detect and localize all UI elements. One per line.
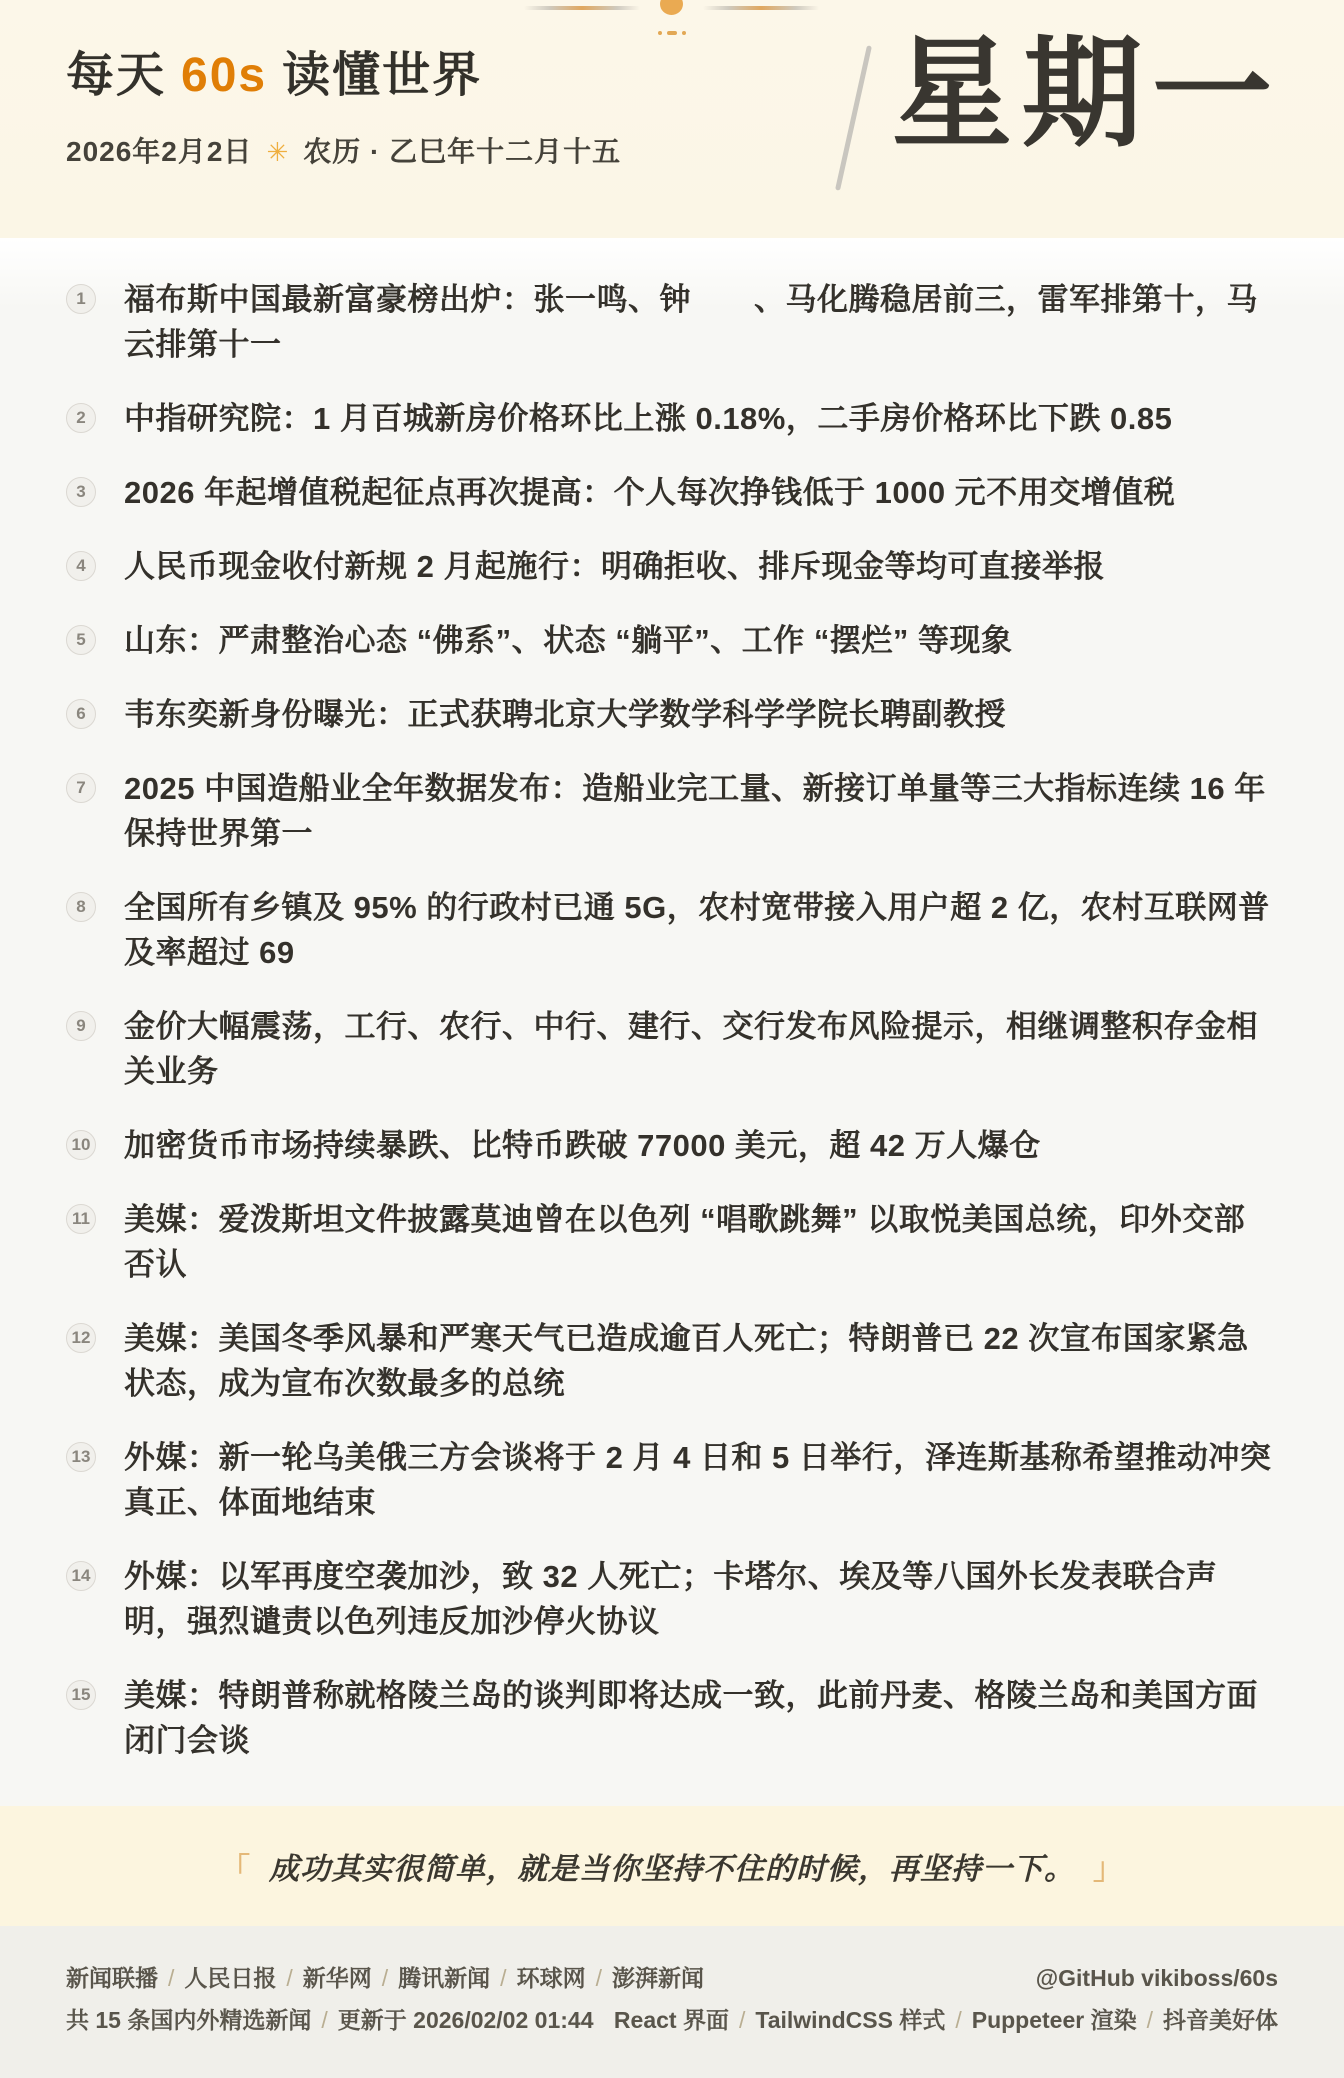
news-item-number: 1 xyxy=(66,284,96,314)
footer-list-item: 腾讯新闻 xyxy=(398,1965,490,1991)
header: 每天 60s 读懂世界 2026年2月2日 ✳ 农历 · 乙巳年十二月十五 星期… xyxy=(0,0,1344,238)
news-item-number: 3 xyxy=(66,477,96,507)
news-item-text: 2025 中国造船业全年数据发布：造船业完工量、新接订单量等三大指标连续 16 … xyxy=(124,766,1276,856)
news-item-number: 2 xyxy=(66,403,96,433)
news-item-number: 15 xyxy=(66,1680,96,1710)
title-suffix: 读懂世界 xyxy=(282,47,482,105)
gregorian-date: 2026年2月2日 xyxy=(66,135,252,169)
news-sources-list: 新闻联播/人民日报/新华网/腾讯新闻/环球网/澎湃新闻 xyxy=(66,1962,704,1994)
page-title: 每天 60s 读懂世界 xyxy=(66,47,621,105)
footer-list-item: 更新于 2026/02/02 01:44 xyxy=(338,2007,594,2033)
news-item: 9金价大幅震荡，工行、农行、中行、建行、交行发布风险提示，相继调整积存金相关业务 xyxy=(66,1004,1278,1094)
tech-stack-list: React 界面/TailwindCSS 样式/Puppeteer 渲染/抖音美… xyxy=(614,2004,1278,2036)
lunar-date: 农历 · 乙巳年十二月十五 xyxy=(303,135,621,169)
news-item-number: 14 xyxy=(66,1561,96,1591)
decorative-line-left xyxy=(524,6,640,10)
slash-divider xyxy=(835,45,872,191)
github-handle: @GitHub vikiboss/60s xyxy=(1036,1962,1278,1994)
news-item-text: 外媒：新一轮乌美俄三方会谈将于 2 月 4 日和 5 日举行，泽连斯基称希望推动… xyxy=(124,1435,1276,1525)
news-item: 14外媒：以军再度空袭加沙，致 32 人死亡；卡塔尔、埃及等八国外长发表联合声明… xyxy=(66,1554,1278,1644)
news-item: 1福布斯中国最新富豪榜出炉：张一鸣、钟 、马化腾稳居前三，雷军排第十，马云排第十… xyxy=(66,277,1278,367)
footer-list-item: Puppeteer 渲染 xyxy=(972,2007,1137,2033)
weekday-label: 星期一 xyxy=(892,18,1282,170)
news-item-number: 13 xyxy=(66,1442,96,1472)
news-item: 15美媒：特朗普称就格陵兰岛的谈判即将达成一致，此前丹麦、格陵兰岛和美国方面闭门… xyxy=(66,1673,1278,1763)
footer-list-item: TailwindCSS 样式 xyxy=(755,2007,945,2033)
footer: 新闻联播/人民日报/新华网/腾讯新闻/环球网/澎湃新闻 @GitHub viki… xyxy=(0,1926,1344,2078)
footer-row-1: 新闻联播/人民日报/新华网/腾讯新闻/环球网/澎湃新闻 @GitHub viki… xyxy=(66,1962,1278,1994)
quote-text: 成功其实很简单，就是当你坚持不住的时候，再坚持一下。 xyxy=(269,1844,1075,1888)
decorative-line-right xyxy=(703,6,819,10)
news-item: 10加密货币市场持续暴跌、比特币跌破 77000 美元，超 42 万人爆仓 xyxy=(66,1123,1278,1168)
news-item-text: 人民币现金收付新规 2 月起施行：明确拒收、排斥现金等均可直接举报 xyxy=(124,544,1276,589)
news-item-text: 中指研究院：1 月百城新房价格环比上涨 0.18%，二手房价格环比下跌 0.85 xyxy=(124,396,1276,441)
title-highlight: 60s xyxy=(181,47,267,105)
news-item: 8全国所有乡镇及 95% 的行政村已通 5G，农村宽带接入用户超 2 亿，农村互… xyxy=(66,885,1278,975)
news-list: 1福布斯中国最新富豪榜出炉：张一鸣、钟 、马化腾稳居前三，雷军排第十，马云排第十… xyxy=(66,277,1278,1763)
footer-list-item: 共 15 条国内外精选新闻 xyxy=(66,2007,311,2033)
decorative-circle xyxy=(660,0,683,15)
news-item-number: 8 xyxy=(66,892,96,922)
quote-open-bracket: 「 xyxy=(220,1844,251,1888)
news-meta-list: 共 15 条国内外精选新闻/更新于 2026/02/02 01:44 xyxy=(66,2004,593,2036)
page: 每天 60s 读懂世界 2026年2月2日 ✳ 农历 · 乙巳年十二月十五 星期… xyxy=(0,0,1344,2078)
news-item-text: 韦东奕新身份曝光：正式获聘北京大学数学科学学院长聘副教授 xyxy=(124,692,1276,737)
news-item-number: 12 xyxy=(66,1323,96,1353)
quote-close-bracket: 」 xyxy=(1093,1844,1124,1888)
news-item-text: 加密货币市场持续暴跌、比特币跌破 77000 美元，超 42 万人爆仓 xyxy=(124,1123,1276,1168)
news-item: 6韦东奕新身份曝光：正式获聘北京大学数学科学学院长聘副教授 xyxy=(66,692,1278,737)
news-item: 32026 年起增值税起征点再次提高：个人每次挣钱低于 1000 元不用交增值税 xyxy=(66,470,1278,515)
news-item: 5山东：严肃整治心态 “佛系”、状态 “躺平”、工作 “摆烂” 等现象 xyxy=(66,618,1278,663)
footer-list-item: 环球网 xyxy=(517,1965,586,1991)
news-item-number: 6 xyxy=(66,699,96,729)
news-item-text: 美媒：特朗普称就格陵兰岛的谈判即将达成一致，此前丹麦、格陵兰岛和美国方面闭门会谈 xyxy=(124,1673,1276,1763)
footer-list-item: React 界面 xyxy=(614,2007,729,2033)
dot-icon xyxy=(682,31,686,35)
news-item-text: 福布斯中国最新富豪榜出炉：张一鸣、钟 、马化腾稳居前三，雷军排第十，马云排第十一 xyxy=(124,277,1276,367)
news-item: 13外媒：新一轮乌美俄三方会谈将于 2 月 4 日和 5 日举行，泽连斯基称希望… xyxy=(66,1435,1278,1525)
dot-icon xyxy=(667,31,677,35)
news-item-number: 4 xyxy=(66,551,96,581)
quote-section: 「 成功其实很简单，就是当你坚持不住的时候，再坚持一下。 」 xyxy=(0,1806,1344,1926)
news-item-number: 7 xyxy=(66,773,96,803)
news-item-text: 金价大幅震荡，工行、农行、中行、建行、交行发布风险提示，相继调整积存金相关业务 xyxy=(124,1004,1276,1094)
slash-separator: / xyxy=(382,1965,388,1991)
news-item-text: 山东：严肃整治心态 “佛系”、状态 “躺平”、工作 “摆烂” 等现象 xyxy=(124,618,1276,663)
slash-separator: / xyxy=(286,1965,292,1991)
footer-row-2: 共 15 条国内外精选新闻/更新于 2026/02/02 01:44 React… xyxy=(66,2004,1278,2036)
dot-icon xyxy=(658,31,662,35)
slash-separator: / xyxy=(500,1965,506,1991)
footer-list-item: 澎湃新闻 xyxy=(612,1965,704,1991)
news-item: 4人民币现金收付新规 2 月起施行：明确拒收、排斥现金等均可直接举报 xyxy=(66,544,1278,589)
news-item: 12美媒：美国冬季风暴和严寒天气已造成逾百人死亡；特朗普已 22 次宣布国家紧急… xyxy=(66,1316,1278,1406)
slash-separator: / xyxy=(955,2007,961,2033)
date-row: 2026年2月2日 ✳ 农历 · 乙巳年十二月十五 xyxy=(66,135,621,169)
slash-separator: / xyxy=(1147,2007,1153,2033)
footer-list-item: 抖音美好体 xyxy=(1163,2007,1278,2033)
asterisk-icon: ✳ xyxy=(266,135,289,169)
footer-list-item: 新闻联播 xyxy=(66,1965,158,1991)
header-left: 每天 60s 读懂世界 2026年2月2日 ✳ 农历 · 乙巳年十二月十五 xyxy=(66,47,621,169)
footer-list-item: 人民日报 xyxy=(184,1965,276,1991)
slash-separator: / xyxy=(596,1965,602,1991)
news-item-text: 外媒：以军再度空袭加沙，致 32 人死亡；卡塔尔、埃及等八国外长发表联合声明，强… xyxy=(124,1554,1276,1644)
news-item-text: 2026 年起增值税起征点再次提高：个人每次挣钱低于 1000 元不用交增值税 xyxy=(124,470,1276,515)
slash-separator: / xyxy=(321,2007,327,2033)
news-item-number: 9 xyxy=(66,1011,96,1041)
news-item-text: 美媒：爱泼斯坦文件披露莫迪曾在以色列 “唱歌跳舞” 以取悦美国总统，印外交部否认 xyxy=(124,1197,1276,1287)
news-item: 11美媒：爱泼斯坦文件披露莫迪曾在以色列 “唱歌跳舞” 以取悦美国总统，印外交部… xyxy=(66,1197,1278,1287)
slash-separator: / xyxy=(739,2007,745,2033)
news-item: 72025 中国造船业全年数据发布：造船业完工量、新接订单量等三大指标连续 16… xyxy=(66,766,1278,856)
news-item-number: 5 xyxy=(66,625,96,655)
news-section: 1福布斯中国最新富豪榜出炉：张一鸣、钟 、马化腾稳居前三，雷军排第十，马云排第十… xyxy=(0,238,1344,1806)
news-item-number: 10 xyxy=(66,1130,96,1160)
news-item-text: 美媒：美国冬季风暴和严寒天气已造成逾百人死亡；特朗普已 22 次宣布国家紧急状态… xyxy=(124,1316,1276,1406)
title-prefix: 每天 xyxy=(66,47,166,105)
news-item-number: 11 xyxy=(66,1204,96,1234)
news-item-text: 全国所有乡镇及 95% 的行政村已通 5G，农村宽带接入用户超 2 亿，农村互联… xyxy=(124,885,1276,975)
footer-list-item: 新华网 xyxy=(303,1965,372,1991)
slash-separator: / xyxy=(168,1965,174,1991)
news-item: 2中指研究院：1 月百城新房价格环比上涨 0.18%，二手房价格环比下跌 0.8… xyxy=(66,396,1278,441)
